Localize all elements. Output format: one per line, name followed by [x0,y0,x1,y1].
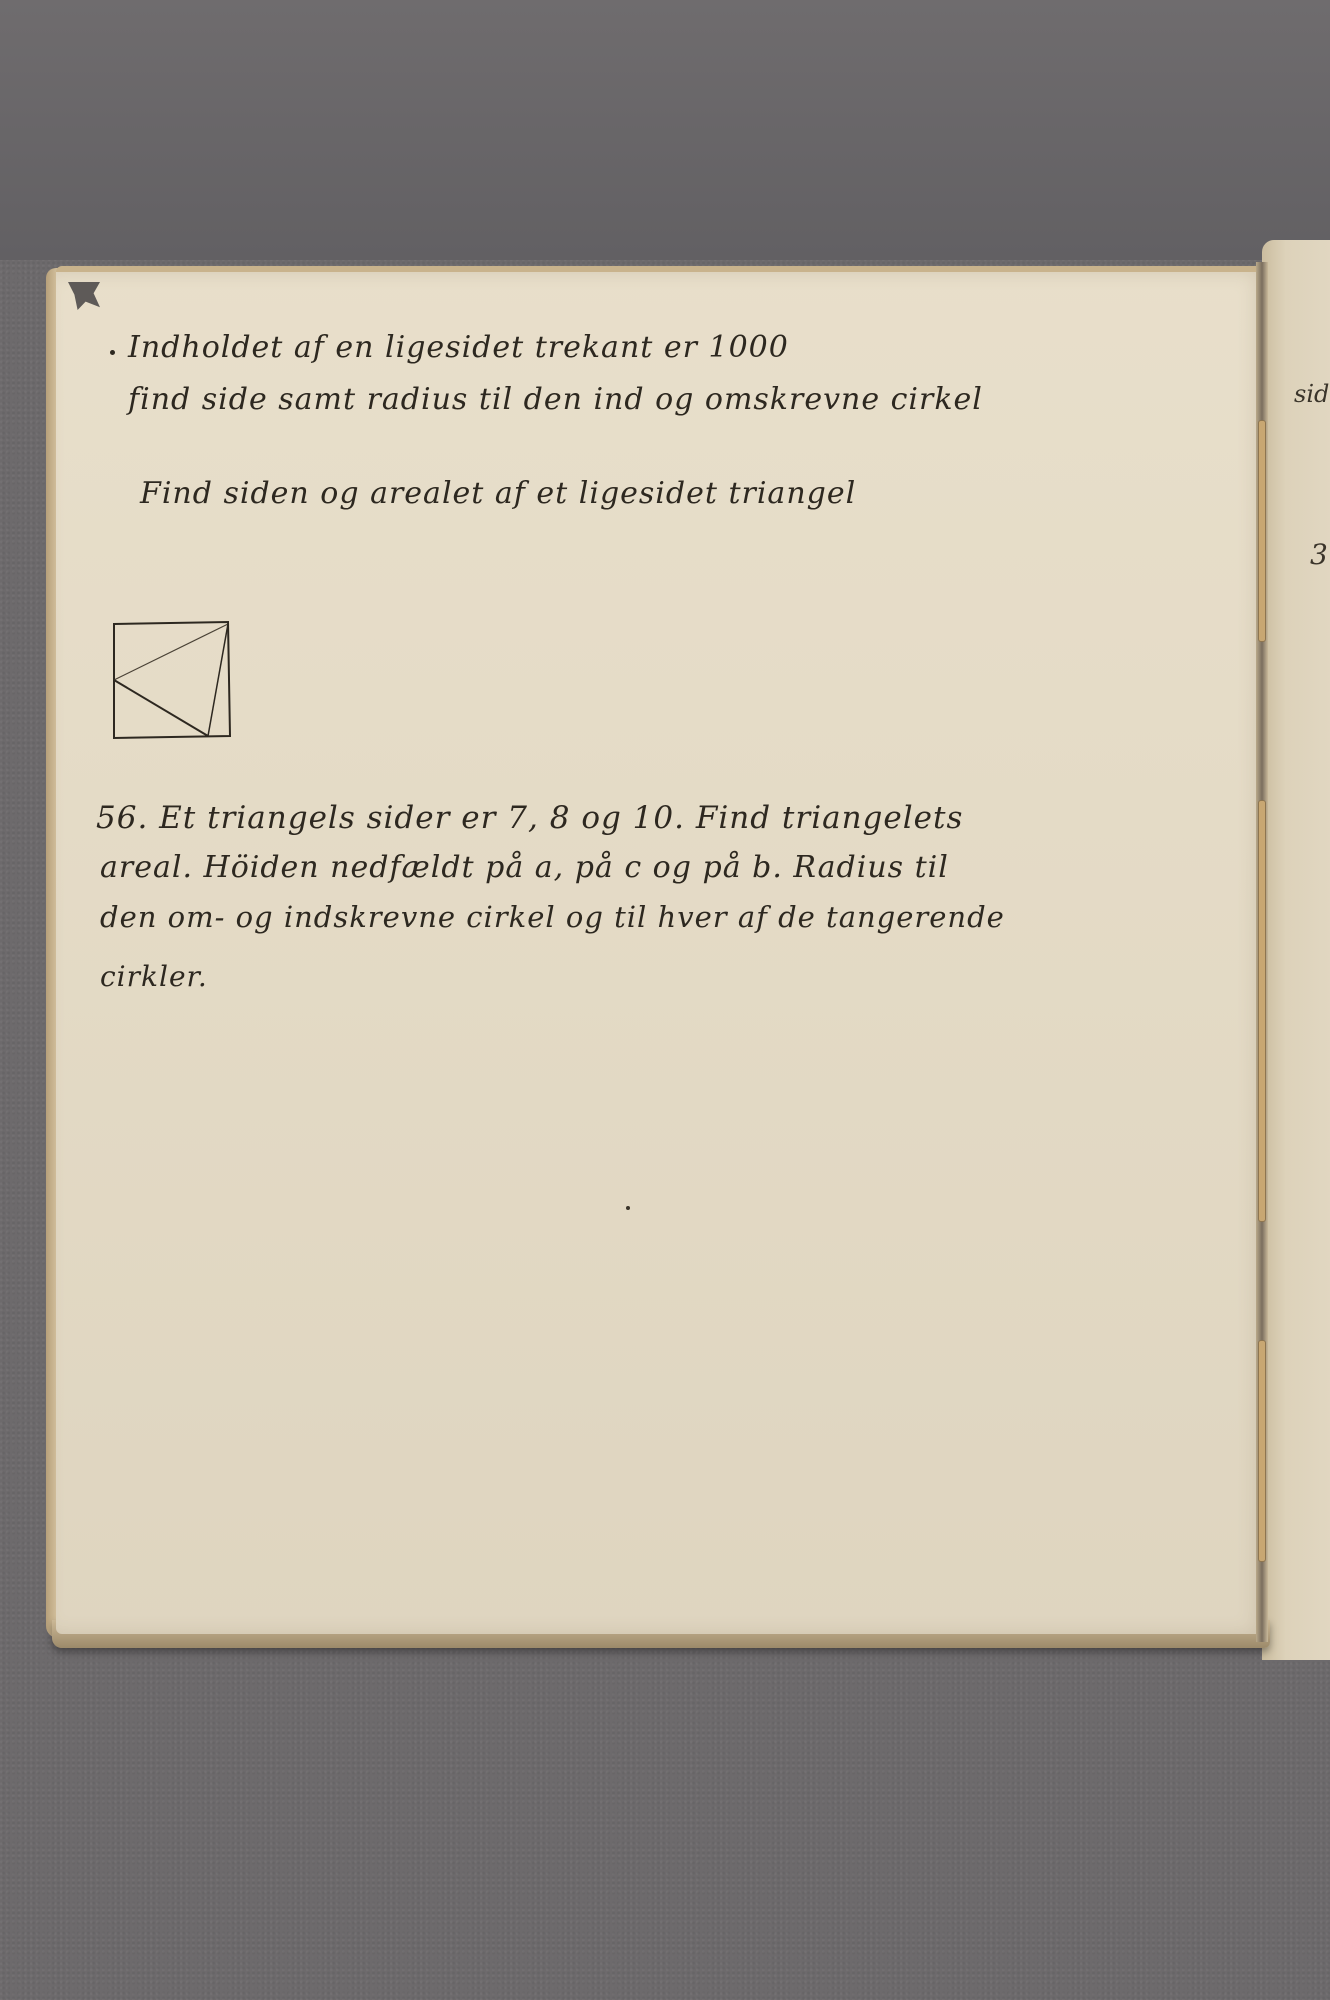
problem-1-line-2: find side samt radius til den ind og oms… [128,382,983,417]
binding-stitch [1258,1340,1266,1562]
felt-background [0,0,1330,260]
right-page-edge [1262,240,1330,1660]
notebook-page [56,266,1266,1634]
ink-speck [626,1206,630,1210]
binding-stitch [1258,420,1266,642]
problem-56-line-3: den om- og indskrevne cirkel og til hver… [100,900,1005,934]
binding-stitch [1258,800,1266,1222]
right-page-number-fragment: 3 [1310,538,1328,571]
problem-56-line-2: areal. Höiden nedfældt på a, på c og på … [100,850,949,885]
bullet-mark [110,350,115,355]
problem-56-line-4: cirkler. [100,960,208,993]
square-triangle-diagram [110,618,236,742]
problem-56-line-1: 56. Et triangels sider er 7, 8 og 10. Fi… [96,800,963,836]
problem-1-line-1: Indholdet af en ligesidet trekant er 100… [128,330,789,365]
right-page-text-fragment: sid [1294,380,1329,408]
problem-2-line-1: Find siden og arealet af et ligesidet tr… [140,476,856,511]
